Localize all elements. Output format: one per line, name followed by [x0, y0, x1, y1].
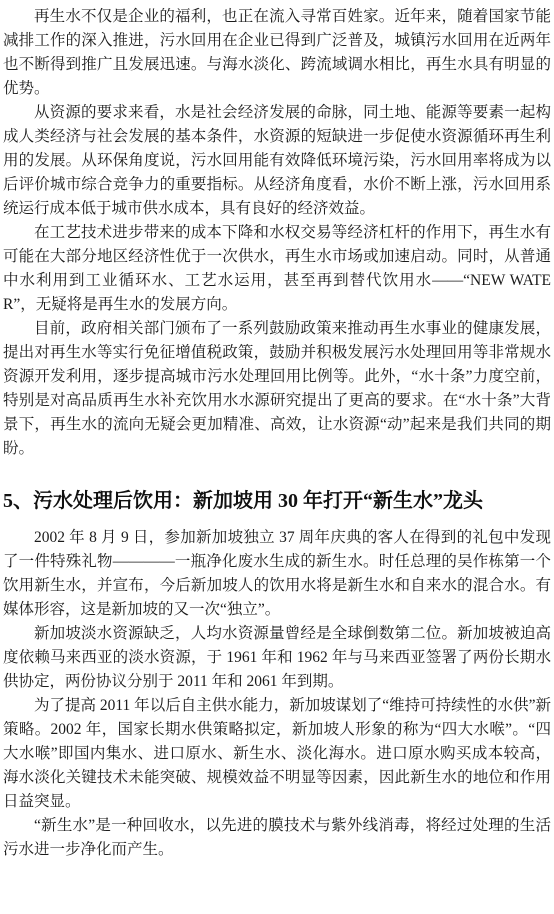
- paragraph-reclaimed-water-benefits: 再生水不仅是企业的福利，也正在流入寻常百姓家。近年来，随着国家节能减排工作的深入…: [3, 5, 551, 101]
- paragraph-resource-perspective: 从资源的要求来看，水是社会经济发展的命脉，同土地、能源等要素一起构成人类经济与社…: [3, 101, 551, 221]
- document-page: 再生水不仅是企业的福利，也正在流入寻常百姓家。近年来，随着国家节能减排工作的深入…: [0, 0, 554, 914]
- paragraph-2002-ceremony: 2002 年 8 月 9 日，参加新加坡独立 37 周年庆典的客人在得到的礼包中…: [3, 526, 551, 622]
- paragraph-water-scarcity: 新加坡淡水资源缺乏，人均水资源量曾经是全球倒数第二位。新加坡被迫高度依赖马来西亚…: [3, 622, 551, 694]
- paragraph-technology-cost: 在工艺技术进步带来的成本下降和水权交易等经济杠杆的作用下，再生水有可能在大部分地…: [3, 221, 551, 317]
- paragraph-four-taps-strategy: 为了提高 2011 年以后自主供水能力，新加坡谋划了“维持可持续性的水供”新策略…: [3, 694, 551, 814]
- paragraph-government-policy: 目前，政府相关部门颁布了一系列鼓励政策来推动再生水事业的健康发展，提出对再生水等…: [3, 317, 551, 461]
- paragraph-newater-definition: “新生水”是一种回收水，以先进的膜技术与紫外线消毒，将经过处理的生活污水进一步净…: [3, 814, 551, 862]
- section-heading-singapore-newater: 5、污水处理后饮用：新加坡用 30 年打开“新生水”龙头: [3, 487, 551, 515]
